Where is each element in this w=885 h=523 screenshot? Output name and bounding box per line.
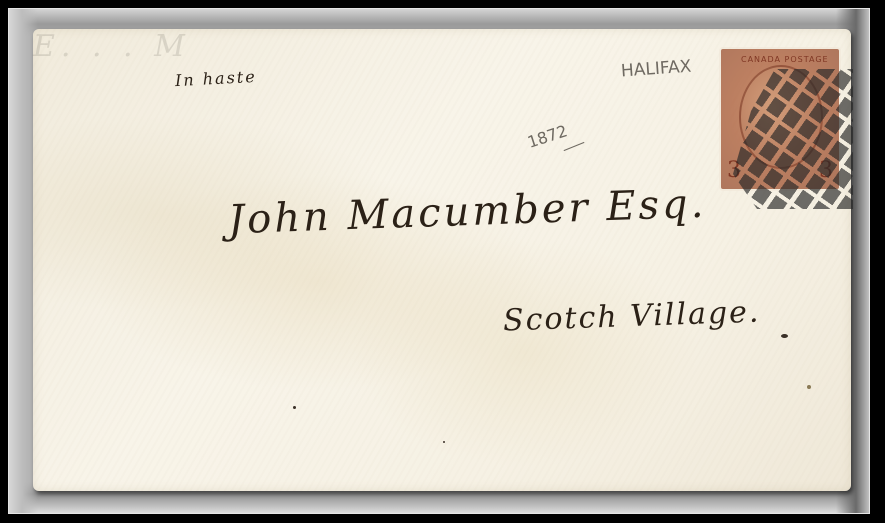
ink-spot — [293, 406, 296, 409]
ink-spot — [443, 441, 445, 443]
foxing-spot — [807, 385, 811, 389]
stamp-legend: CANADA POSTAGE — [741, 55, 829, 64]
pencil-year-note: 1872 — [525, 121, 570, 152]
pencil-underline — [564, 142, 585, 151]
envelope: In haste E. . . M HALIFAX 1872 John Macu… — [33, 29, 851, 491]
addressee-place: Scotch Village. — [502, 295, 761, 339]
addressee-name: John Macumber Esq. — [227, 181, 707, 244]
handwritten-note: In haste — [175, 67, 258, 90]
ink-spot — [781, 334, 788, 338]
pencil-city-note: HALIFAX — [620, 57, 692, 82]
